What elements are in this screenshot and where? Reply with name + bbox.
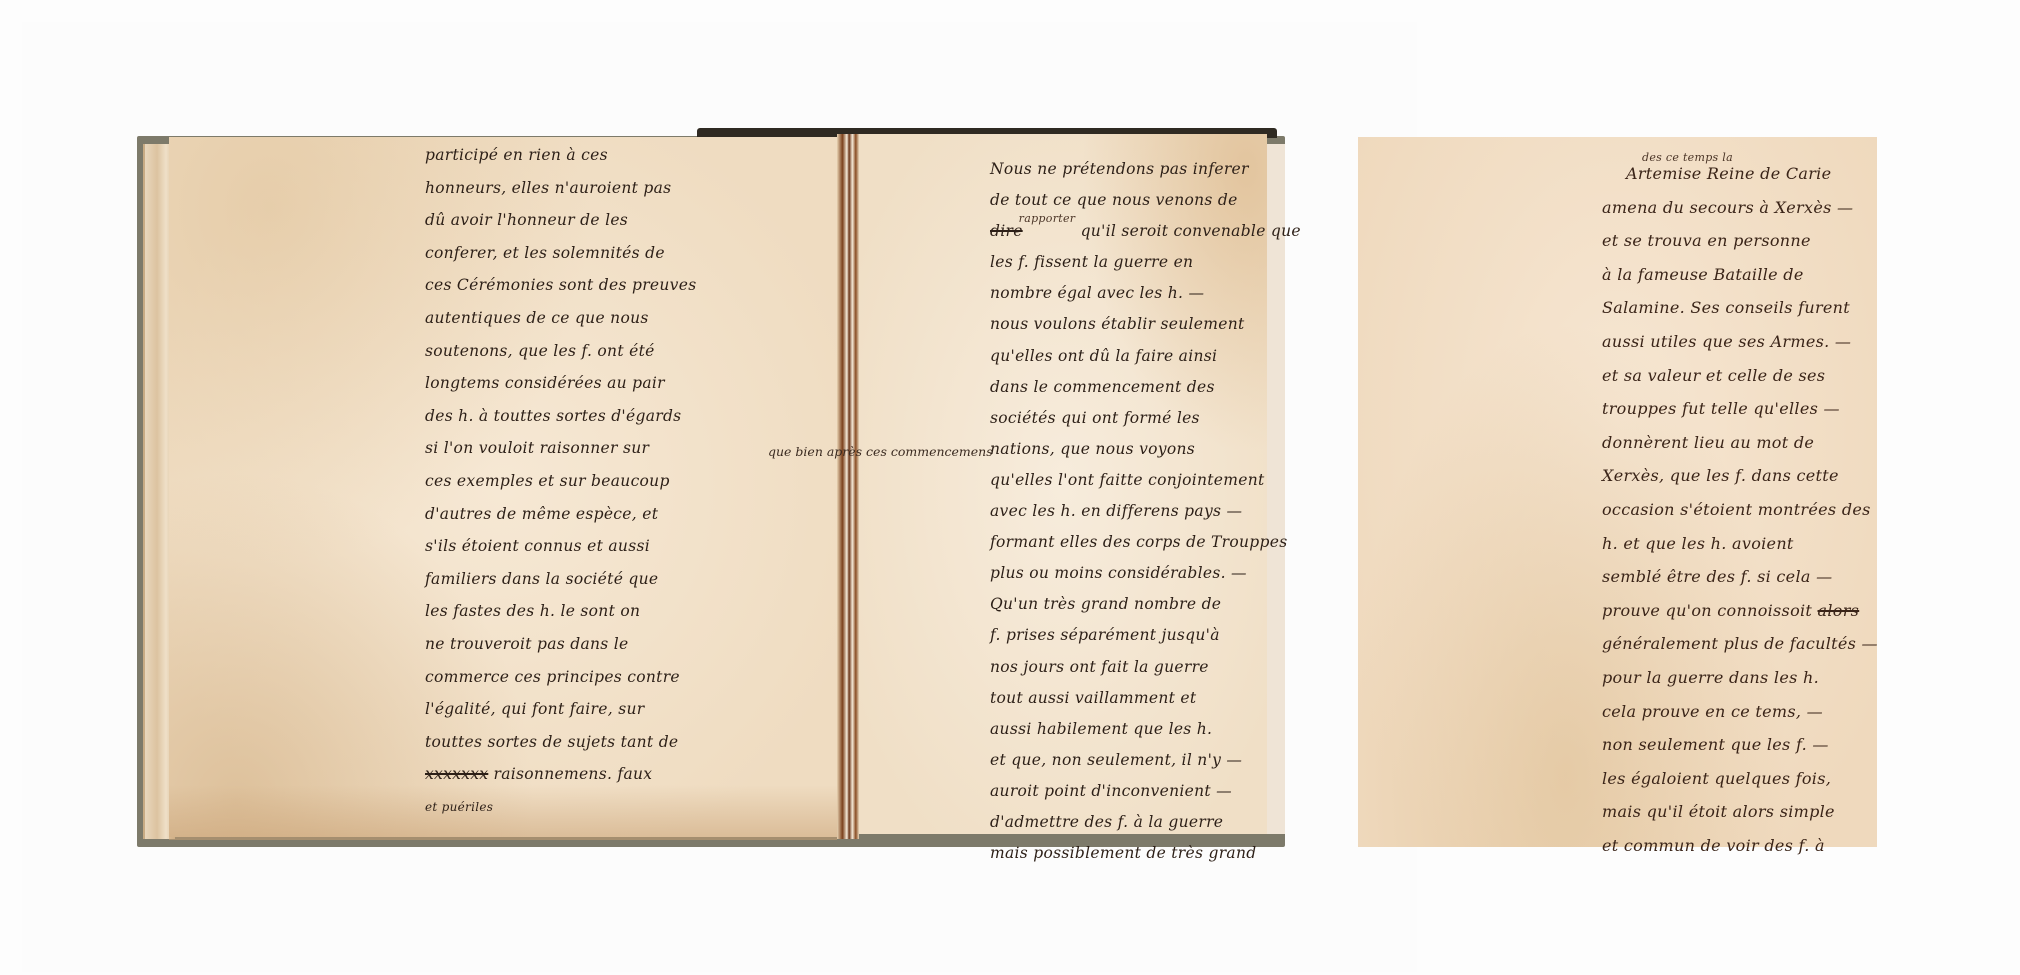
text-line: les fastes des h. le sont on (425, 595, 690, 628)
text-line: donnèrent lieu au mot de (1602, 426, 1877, 460)
text-line: longtems considérées au pair (425, 367, 690, 400)
text-line-with-correction: des ce temps laprouve qu'on connoissoit … (1602, 594, 1877, 628)
text-line: si l'on vouloit raisonner sur (425, 432, 690, 465)
text-line: ces Cérémonies sont des preuves (425, 269, 690, 302)
text-line: d'autres de même espèce, et (425, 498, 690, 531)
text-line: soutenons, que les f. ont été (425, 335, 690, 368)
text-line: touttes sortes de sujets tant de (425, 726, 690, 759)
text-line: d'admettre des f. à la guerre (990, 807, 1240, 838)
text-line: occasion s'étoient montrées des (1602, 493, 1877, 527)
text-line: formant elles des corps de Trouppes (990, 527, 1240, 558)
text-line: nous voulons établir seulement (990, 309, 1240, 340)
text-line: avec les h. en differens pays — (990, 496, 1240, 527)
text-line: autentiques de ce que nous (425, 302, 690, 335)
interlinear-insertion: rapporter (1019, 212, 1076, 225)
text-line: nombre égal avec les h. — (990, 278, 1240, 309)
right-page-edge (1267, 144, 1285, 834)
text-line: amena du secours à Xerxès — (1602, 191, 1877, 225)
margin-note: que bien après ces commencemens (768, 444, 993, 459)
right-page-text: Nous ne prétendons pas inferer de tout c… (990, 154, 1240, 869)
left-page-text: participé en rien à ces honneurs, elles … (425, 139, 690, 823)
text-line: et que, non seulement, il n'y — (990, 745, 1240, 776)
text-line: non seulement que les f. — (1602, 728, 1877, 762)
text-line: plus ou moins considérables. — (990, 558, 1240, 589)
text-line: à la fameuse Bataille de (1602, 258, 1877, 292)
text-line: h. et que les h. avoient (1602, 527, 1877, 561)
text-line: tout aussi vaillamment et (990, 683, 1240, 714)
text-line-with-correction: direrapporter qu'il seroit convenable qu… (990, 216, 1240, 247)
text-line: aussi habilement que les h. (990, 714, 1240, 745)
interlinear-insertion: des ce temps la (1642, 141, 1733, 175)
text-line: sociétés qui ont formé les (990, 403, 1240, 434)
text-line: et se trouva en personne (1602, 224, 1877, 258)
text-line: des h. à touttes sortes d'égards (425, 400, 690, 433)
text-line: trouppes fut telle qu'elles — (1602, 392, 1877, 426)
struck-word: xxxxxxx (425, 765, 488, 783)
text-line: et commun de voir des f. à (1602, 829, 1877, 863)
text-fragment: qu'il seroit convenable que (1081, 222, 1301, 240)
text-line: Nous ne prétendons pas inferer (990, 154, 1240, 185)
loose-leaf-text: Artemise Reine de Carie amena du secours… (1602, 157, 1877, 862)
text-line: et sa valeur et celle de ses (1602, 359, 1877, 393)
text-line: mais possiblement de très grand (990, 838, 1240, 869)
text-line: qu'elles ont dû la faire ainsi (990, 341, 1240, 372)
text-line-with-deletion: xxxxxxx raisonnemens. faux (425, 758, 690, 791)
text-line: commerce ces principes contre (425, 661, 690, 694)
text-line: nos jours ont fait la guerre (990, 652, 1240, 683)
text-line: familiers dans la société que (425, 563, 690, 596)
text-line: et puériles (425, 791, 690, 824)
text-line: honneurs, elles n'auroient pas (425, 172, 690, 205)
text-line: participé en rien à ces (425, 139, 690, 172)
text-line: mais qu'il étoit alors simple (1602, 795, 1877, 829)
text-line: Xerxès, que les f. dans cette (1602, 459, 1877, 493)
text-line: qu'elles l'ont faitte conjointement (990, 465, 1240, 496)
struck-word: dire (990, 222, 1023, 240)
text-line: généralement plus de facultés — (1602, 627, 1877, 661)
text-fragment: raisonnemens. faux (494, 765, 653, 783)
text-line: ces exemples et sur beaucoup (425, 465, 690, 498)
text-line: aussi utiles que ses Armes. — (1602, 325, 1877, 359)
text-line: nations, que nous voyons (990, 434, 1240, 465)
text-line: les f. fissent la guerre en (990, 247, 1240, 278)
text-line: auroit point d'inconvenient — (990, 776, 1240, 807)
struck-word: alors (1818, 601, 1860, 620)
book-gutter (837, 134, 859, 839)
text-fragment: prouve qu'on connoissoit (1602, 601, 1818, 620)
text-line: conferer, et les solemnités de (425, 237, 690, 270)
text-line: dû avoir l'honneur de les (425, 204, 690, 237)
text-line: dans le commencement des (990, 372, 1240, 403)
text-line: les égaloient quelques fois, (1602, 762, 1877, 796)
text-line: s'ils étoient connus et aussi (425, 530, 690, 563)
text-line: Qu'un très grand nombre de (990, 589, 1240, 620)
text-line: f. prises séparément jusqu'à (990, 620, 1240, 651)
text-line: semblé être des f. si cela — (1602, 560, 1877, 594)
text-line: ne trouveroit pas dans le (425, 628, 690, 661)
text-line: Salamine. Ses conseils furent (1602, 291, 1877, 325)
text-line: l'égalité, qui font faire, sur (425, 693, 690, 726)
text-line: pour la guerre dans les h. (1602, 661, 1877, 695)
text-line: cela prouve en ce tems, — (1602, 695, 1877, 729)
